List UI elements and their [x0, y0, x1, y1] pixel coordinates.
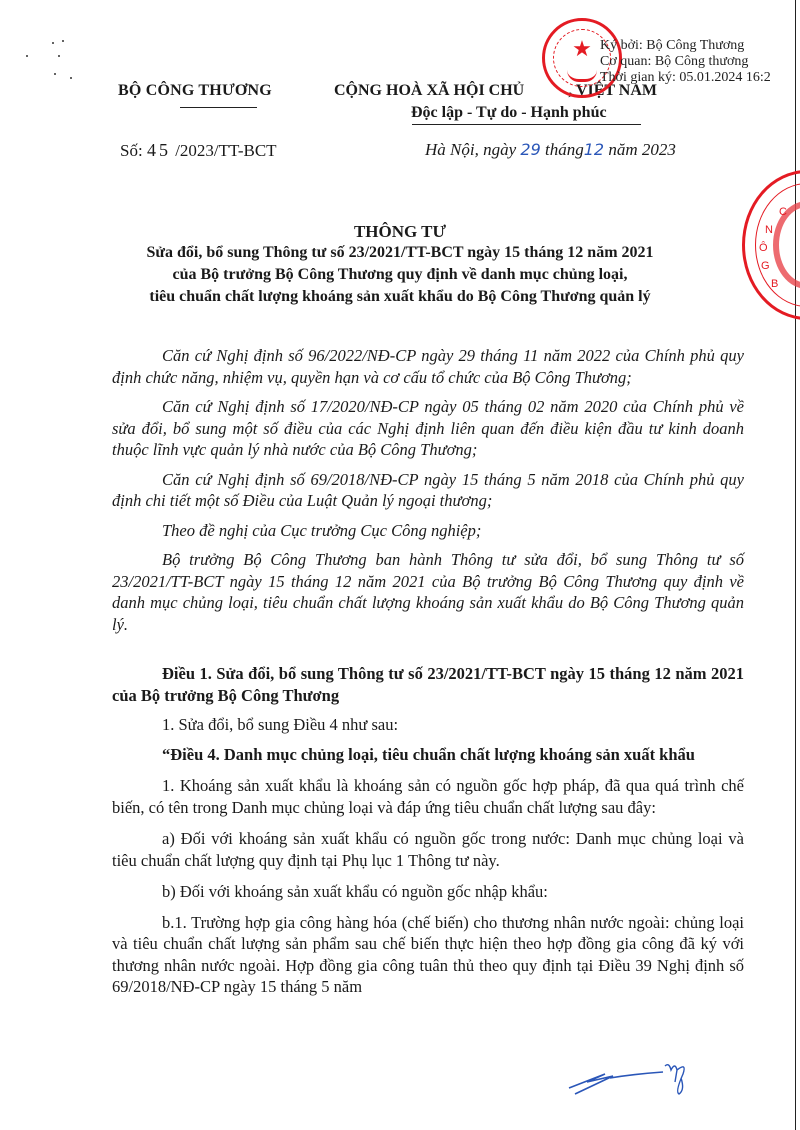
- signature-initials-icon: [565, 1060, 715, 1100]
- preamble-enactment: Bộ trưởng Bộ Công Thương ban hành Thông …: [112, 549, 744, 635]
- place-and-date: Hà Nội, ngày 29 tháng12 năm 2023: [425, 140, 676, 160]
- preamble: Căn cứ Nghị định số 96/2022/NĐ-CP ngày 2…: [112, 345, 744, 635]
- subtitle-line-1: Sửa đổi, bổ sung Thông tư số 23/2021/TT-…: [0, 242, 800, 264]
- document-number: Số: 45 /2023/TT-BCT: [120, 140, 277, 161]
- digital-signature-info: Ký bởi: Bộ Công Thương Cơ quan: Bộ Công …: [600, 38, 771, 86]
- preamble-basis-1: Căn cứ Nghị định số 96/2022/NĐ-CP ngày 2…: [112, 345, 744, 388]
- article-1: Điều 1. Sửa đổi, bổ sung Thông tư số 23/…: [112, 663, 744, 998]
- date-day: 29: [520, 140, 540, 159]
- page-edge-line: [795, 0, 796, 1130]
- preamble-basis-2: Căn cứ Nghị định số 17/2020/NĐ-CP ngày 0…: [112, 396, 744, 461]
- date-prefix: Hà Nội, ngày: [425, 140, 516, 159]
- article-1-heading: Điều 1. Sửa đổi, bổ sung Thông tư số 23/…: [112, 663, 744, 706]
- signing-time: Thời gian ký: 05.01.2024 16:2: [600, 70, 771, 86]
- signed-by: Ký bởi: Bộ Công Thương: [600, 38, 771, 54]
- document-type-title: THÔNG TƯ: [0, 222, 800, 242]
- document-subtitle: Sửa đổi, bổ sung Thông tư số 23/2021/TT-…: [0, 242, 800, 308]
- preamble-proposal: Theo đề nghị của Cục trưởng Cục Công ngh…: [112, 520, 744, 542]
- date-month-label: tháng: [545, 140, 584, 159]
- doc-number-handwritten: 45: [147, 140, 171, 160]
- article-4-heading: “Điều 4. Danh mục chủng loại, tiêu chuẩn…: [112, 744, 744, 766]
- date-year: năm 2023: [608, 140, 676, 159]
- motto-underline: [412, 124, 641, 125]
- subtitle-line-3: tiêu chuẩn chất lượng khoáng sản xuất kh…: [0, 286, 800, 308]
- preamble-basis-3: Căn cứ Nghị định số 69/2018/NĐ-CP ngày 1…: [112, 469, 744, 512]
- signing-organization: Cơ quan: Bộ Công thương: [600, 54, 771, 70]
- item-b1: b.1. Trường hợp gia công hàng hóa (chế b…: [112, 912, 744, 998]
- date-month: 12: [584, 140, 604, 159]
- doc-number-suffix: /2023/TT-BCT: [175, 141, 276, 160]
- agency-underline: [180, 107, 257, 108]
- clause-1: 1. Sửa đổi, bổ sung Điều 4 như sau:: [112, 714, 744, 736]
- subtitle-line-2: của Bộ trưởng Bộ Công Thương quy định về…: [0, 264, 800, 286]
- doc-number-prefix: Số:: [120, 141, 143, 160]
- issuing-agency: BỘ CÔNG THƯƠNG: [118, 82, 272, 100]
- item-b: b) Đối với khoáng sản xuất khẩu có nguồn…: [112, 881, 744, 903]
- item-a: a) Đối với khoáng sản xuất khẩu có nguồn…: [112, 828, 744, 871]
- article-4-item-1: 1. Khoáng sản xuất khẩu là khoáng sản có…: [112, 775, 744, 818]
- national-motto: Độc lập - Tự do - Hạnh phúc: [411, 104, 607, 122]
